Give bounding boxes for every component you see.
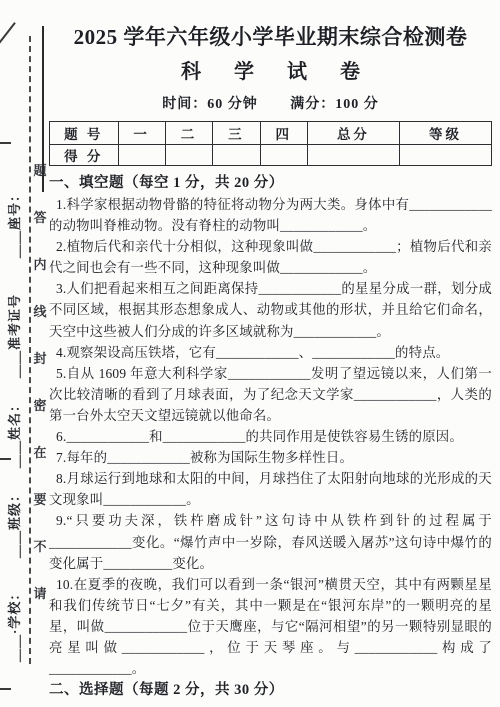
edge-tick-mark — [0, 688, 11, 690]
seal-line-char: 要 — [33, 489, 47, 508]
question-text: 6.____________和____________的共同作用是使铁容易生锈的… — [49, 426, 492, 447]
seal-margin-label: ＿＿准考证号 — [4, 294, 23, 378]
seal-solid-line — [42, 26, 44, 192]
seal-line-char: 请 — [33, 583, 47, 602]
section-heading: 一、填空题（每空 1 分，共 20 分） — [49, 172, 492, 194]
score-column-header: 四 — [260, 122, 307, 145]
score-cell — [399, 145, 491, 166]
score-row-label: 得 分 — [50, 145, 119, 166]
paper-subtitle: 科 学 试 卷 — [49, 58, 492, 86]
score-cell — [118, 145, 165, 166]
score-cell — [260, 145, 307, 166]
score-table: 题 号 一二三四总分等级 得 分 — [49, 121, 492, 166]
seal-line-char: 不 — [33, 536, 47, 555]
exam-full-score: 满分：100 分 — [290, 97, 379, 112]
question-text: 4.观察架设高压铁塔，它有____________、____________的特… — [49, 342, 492, 363]
question-text: 3.人们把看起来相互之间距离保持____________的星星分成一群，划分成不… — [49, 278, 492, 341]
seal-margin-label: ＿＿·学校： — [4, 587, 23, 662]
paper-title: 2025 学年六年级小学毕业期末综合检测卷 — [49, 22, 492, 52]
exam-paper: ＿＿座号：＿＿准考证号＿＿姓名：＿＿班级：＿＿·学校： 题答内线封密在要不请 2… — [0, 0, 500, 707]
edge-tick-mark — [0, 142, 11, 144]
question-text: 9.“只要功夫深，铁杵磨成针”这句诗中从铁杵到针的过程属于___________… — [49, 510, 492, 573]
score-column-header: 二 — [165, 122, 212, 145]
seal-line-char: 封 — [33, 348, 47, 367]
seal-margin-label: ＿＿座号： — [4, 188, 23, 258]
seal-line-char: 内 — [33, 254, 47, 273]
section-heading: 二、选择题（每题 2 分，共 30 分） — [49, 679, 492, 701]
seal-margin-label: ＿＿班级： — [4, 488, 23, 558]
seal-line-char: 线 — [33, 301, 47, 320]
corner-fold-mark — [0, 22, 16, 44]
score-table-score-row: 得 分 — [50, 145, 492, 166]
exam-time: 时间：60 分钟 — [162, 97, 258, 112]
question-text: 5.自从 1609 年意大利科学家____________发明了望远镜以来，人们… — [49, 363, 492, 426]
score-cell — [213, 145, 260, 166]
score-table-corner: 题 号 — [50, 122, 119, 145]
score-cell — [307, 145, 399, 166]
seal-line-char: 题 — [33, 160, 47, 179]
score-column-header: 等级 — [399, 122, 491, 145]
seal-line-char: 在 — [33, 442, 47, 461]
score-column-header: 总分 — [307, 122, 399, 145]
sections: 一、填空题（每空 1 分，共 20 分）1.科学家根据动物骨骼的特征将动物分为两… — [49, 172, 492, 701]
seal-line-char: 答 — [33, 207, 47, 226]
score-table-head-row: 题 号 一二三四总分等级 — [50, 122, 492, 145]
question-text: 1.科学家根据动物骨骼的特征将动物分为两大类。身体中有____________的… — [49, 194, 492, 236]
score-column-header: 一 — [118, 122, 165, 145]
seal-line-char: 密 — [33, 395, 47, 414]
question-text: 7.每年的____________被称为国际生物多样性日。 — [49, 447, 492, 468]
question-text: 8.月球运行到地球和太阳的中间，月球挡住了太阳射向地球的光形成的天文现象叫___… — [49, 468, 492, 510]
paper-content: 2025 学年六年级小学毕业期末综合检测卷 科 学 试 卷 时间：60 分钟 满… — [49, 22, 492, 701]
question-text: 10.在夏季的夜晚，我们可以看到一条“银河”横贯天空，其中有两颗星星和我们传统节… — [49, 574, 492, 679]
exam-info: 时间：60 分钟 满分：100 分 — [49, 93, 492, 113]
score-column-header: 三 — [213, 122, 260, 145]
score-cell — [165, 145, 212, 166]
seal-margin-label: ＿＿姓名： — [4, 398, 23, 468]
question-text: 2.植物后代和亲代十分相似，这种现象叫做____________；植物后代和亲代… — [49, 236, 492, 278]
seal-dashed-line — [29, 36, 31, 664]
